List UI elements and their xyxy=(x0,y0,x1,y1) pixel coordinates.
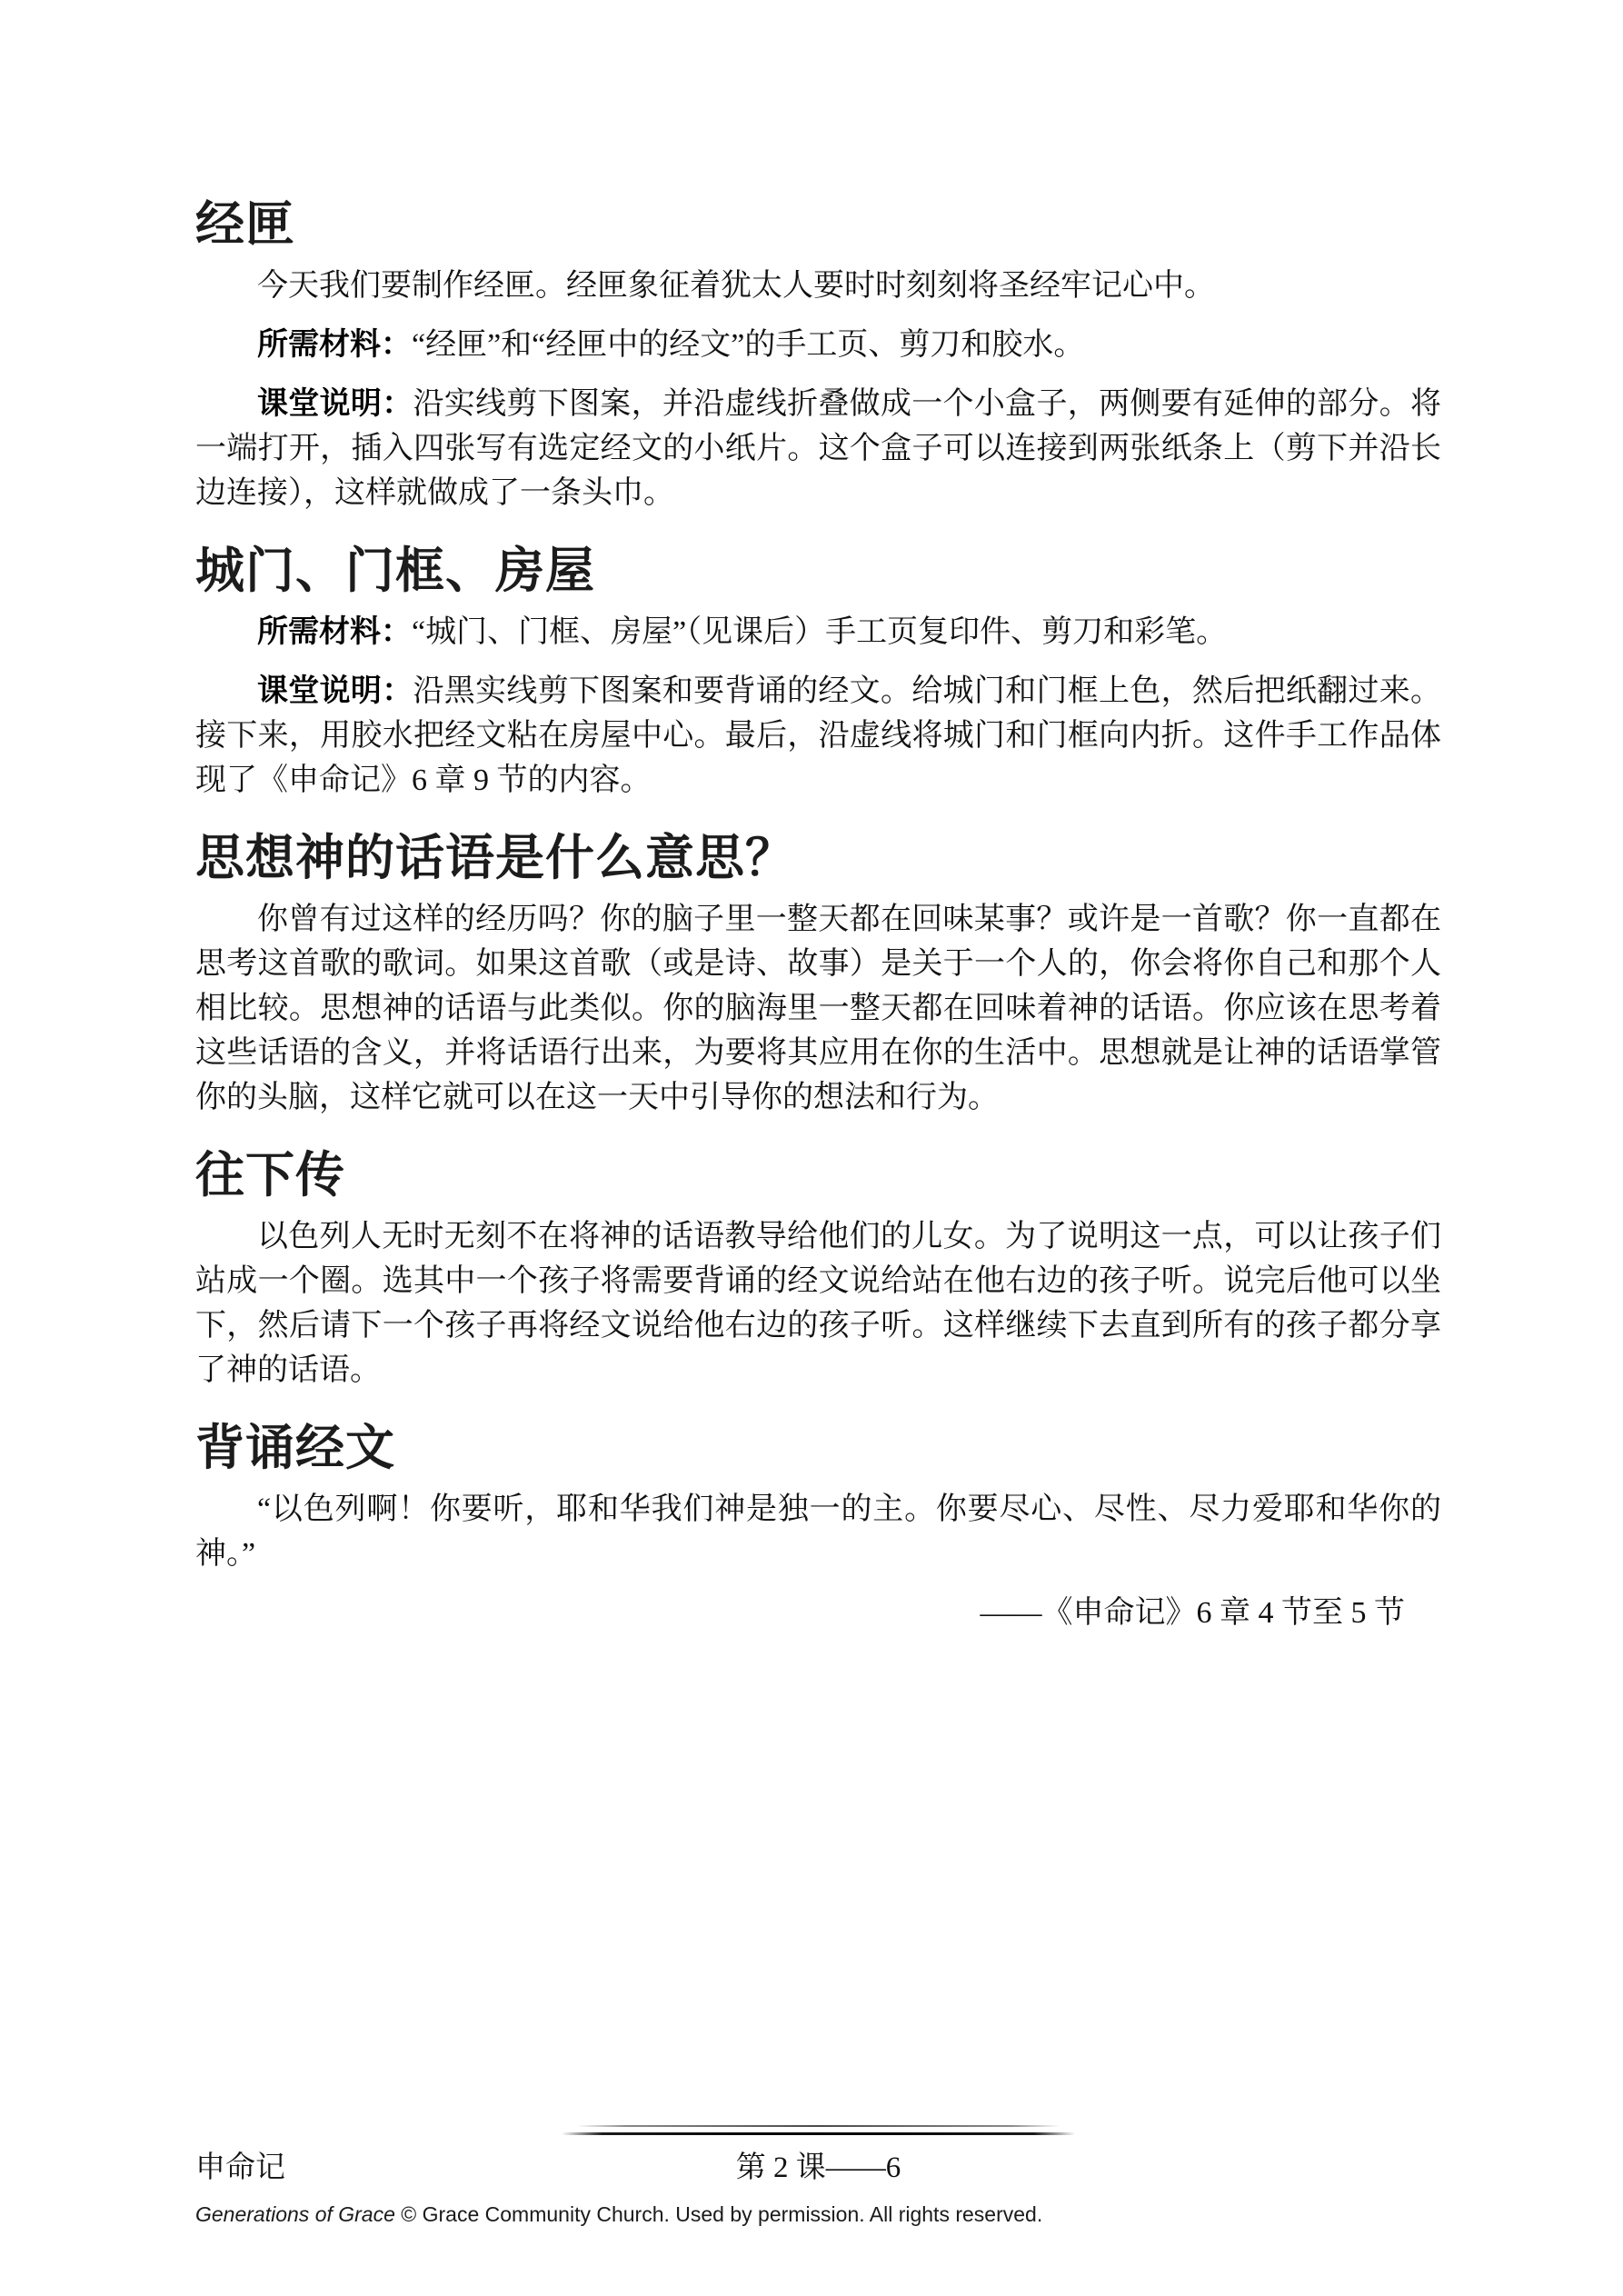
paragraph-text: 你曾有过这样的经历吗？你的脑子里一整天都在回味某事？或许是一首歌？你一直都在思考… xyxy=(195,903,1441,1114)
paragraph: 所需材料：“经匣”和“经匣中的经文”的手工页、剪刀和胶水。 xyxy=(195,323,1441,367)
divider-line-thick xyxy=(562,2132,1075,2135)
copyright-text: © Grace Community Church. Used by permis… xyxy=(395,2202,1042,2226)
section-heading: 背诵经文 xyxy=(195,1418,1441,1478)
section-heading: 城门、门框、房屋 xyxy=(195,541,1441,601)
section-heading: 思想神的话语是什么意思？ xyxy=(195,828,1441,888)
paragraph: 今天我们要制作经匣。经匣象征着犹太人要时时刻刻将圣经牢记心中。 xyxy=(195,264,1441,308)
run-in-label: 课堂说明： xyxy=(257,386,413,421)
paragraph-text: “以色列啊！你要听，耶和华我们神是独一的主。你要尽心、尽性、尽力爱耶和华你的神。… xyxy=(195,1492,1441,1571)
paragraph: 课堂说明：沿实线剪下图案，并沿虚线折叠做成一个小盒子，两侧要有延伸的部分。将一端… xyxy=(195,382,1441,515)
document-page: 经匣 今天我们要制作经匣。经匣象征着犹太人要时时刻刻将圣经牢记心中。 所需材料：… xyxy=(0,0,1623,2296)
footer-row: 申命记 第 2 课——6 xyxy=(195,2146,1441,2190)
page-footer: 申命记 第 2 课——6 Generations of Grace © Grac… xyxy=(195,2125,1441,2227)
scripture-reference: ——《申命记》6 章 4 节至 5 节 xyxy=(195,1591,1441,1635)
footer-divider xyxy=(562,2125,1075,2135)
memory-verse-text: “以色列啊！你要听，耶和华我们神是独一的主。你要尽心、尽性、尽力爱耶和华你的神。… xyxy=(195,1487,1441,1576)
paragraph: 以色列人无时无刻不在将神的话语教导给他们的儿女。为了说明这一点，可以让孩子们站成… xyxy=(195,1214,1441,1393)
run-in-label: 课堂说明： xyxy=(257,674,413,708)
paragraph: 你曾有过这样的经历吗？你的脑子里一整天都在回味某事？或许是一首歌？你一直都在思考… xyxy=(195,897,1441,1120)
section-heading: 往下传 xyxy=(195,1145,1441,1205)
paragraph: 课堂说明：沿黑实线剪下图案和要背诵的经文。给城门和门框上色，然后把纸翻过来。接下… xyxy=(195,669,1441,803)
footer-page-number: 第 2 课——6 xyxy=(195,2146,1441,2190)
run-in-label: 所需材料： xyxy=(257,614,412,649)
paragraph: 所需材料：“城门、门框、房屋”（见课后）手工页复印件、剪刀和彩笔。 xyxy=(195,610,1441,654)
paragraph-text: 今天我们要制作经匣。经匣象征着犹太人要时时刻刻将圣经牢记心中。 xyxy=(257,269,1215,303)
run-in-label: 所需材料： xyxy=(257,327,412,362)
paragraph-text: “经匣”和“经匣中的经文”的手工页、剪刀和胶水。 xyxy=(412,328,1084,362)
copyright-work-title: Generations of Grace xyxy=(195,2202,395,2226)
lesson-content: 经匣 今天我们要制作经匣。经匣象征着犹太人要时时刻刻将圣经牢记心中。 所需材料：… xyxy=(195,195,1441,1635)
paragraph-text: 以色列人无时无刻不在将神的话语教导给他们的儿女。为了说明这一点，可以让孩子们站成… xyxy=(195,1220,1441,1387)
paragraph-text: “城门、门框、房屋”（见课后）手工页复印件、剪刀和彩笔。 xyxy=(412,615,1227,649)
divider-line-thin xyxy=(577,2125,1060,2127)
section-heading: 经匣 xyxy=(195,195,1441,255)
copyright-line: Generations of Grace © Grace Community C… xyxy=(195,2202,1441,2227)
